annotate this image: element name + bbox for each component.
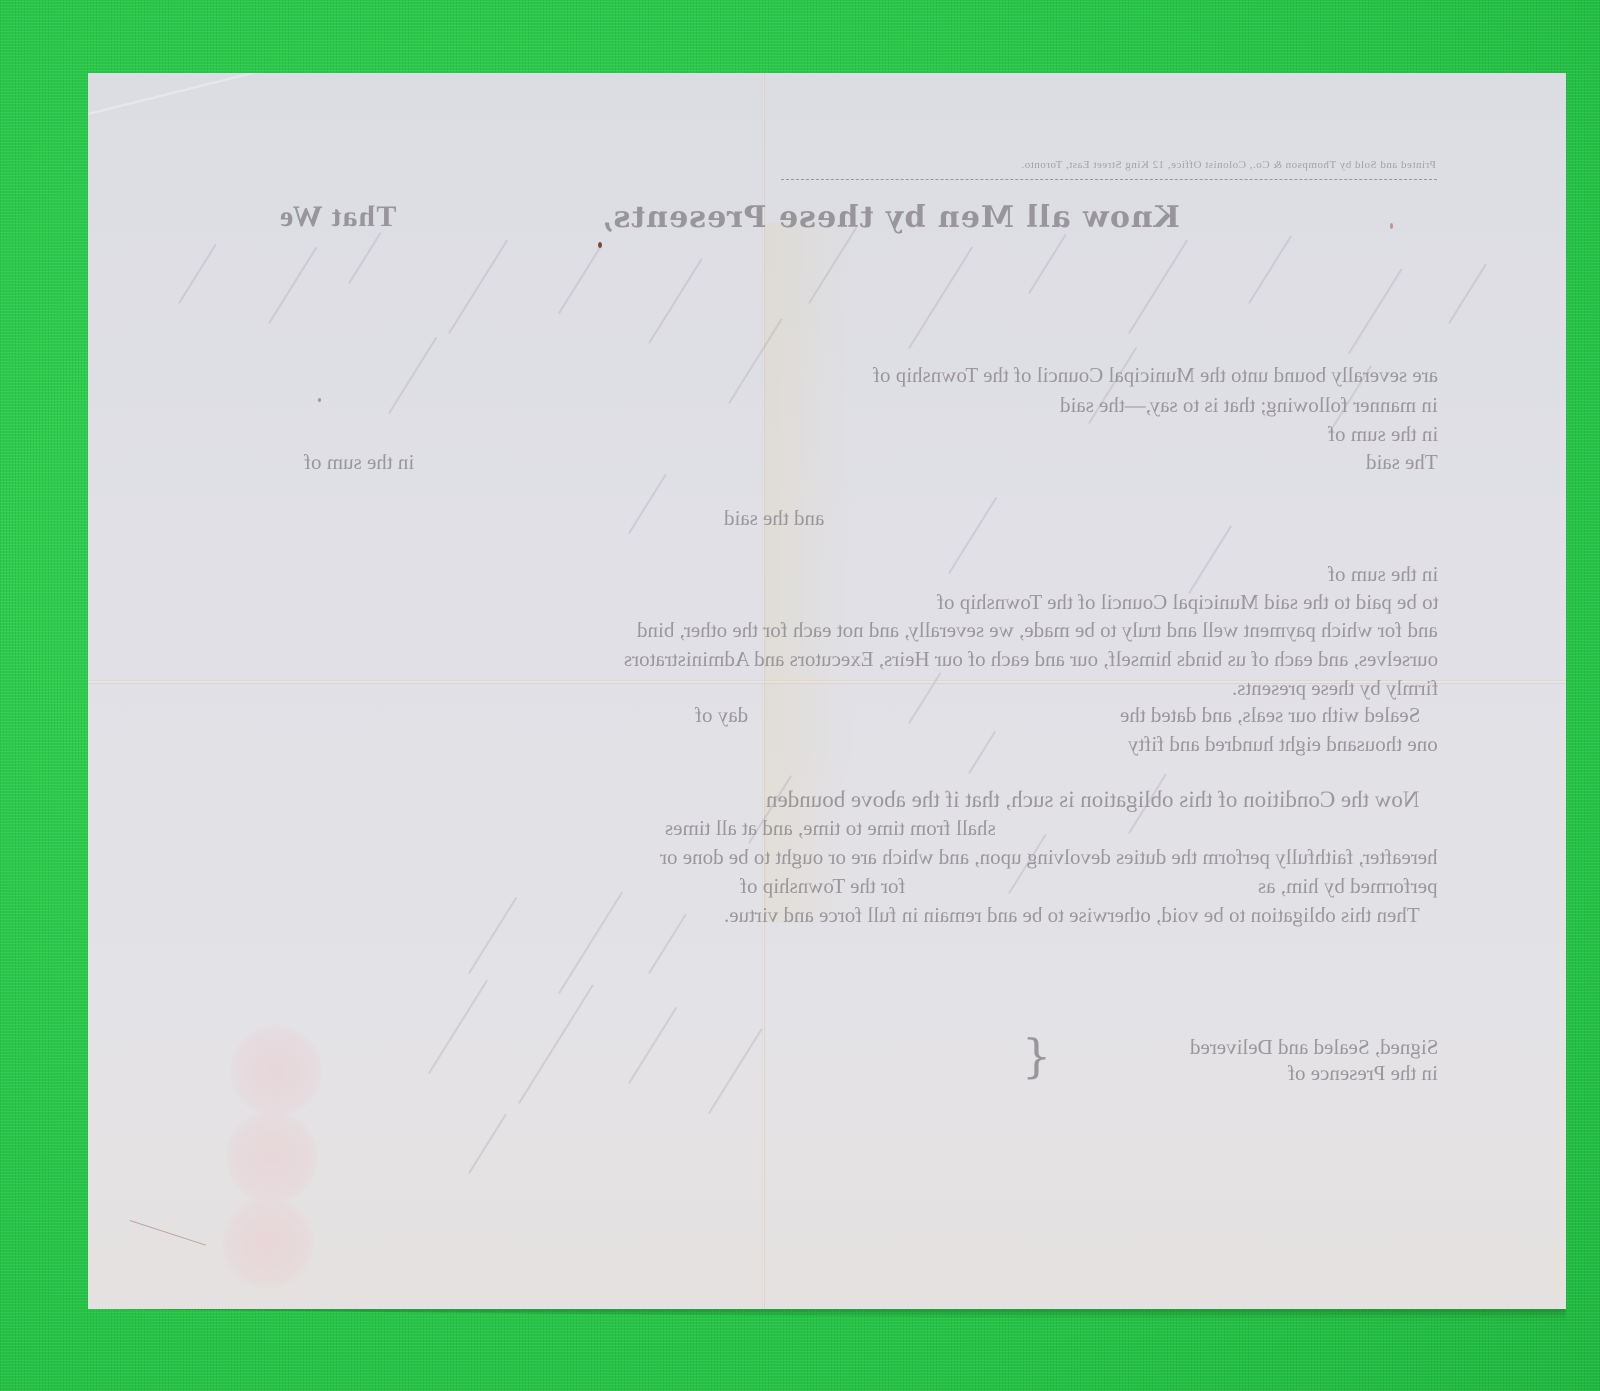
text-line: in the sum of [1328, 562, 1438, 587]
text-line: ourselves, and each of us binds himself,… [624, 647, 1438, 672]
text-line: shall from time to time, and at all time… [665, 816, 996, 841]
text-line: are severally bound unto the Municipal C… [873, 363, 1438, 388]
seal [222, 1197, 314, 1289]
text-line: hereafter, faithfully perform the duties… [660, 845, 1438, 870]
vertical-fold-line [762, 73, 765, 1309]
seal [226, 1111, 318, 1203]
text-line: day of [695, 703, 748, 728]
text-line: one thousand eight hundred and fifty [1128, 732, 1438, 757]
seal [230, 1025, 322, 1117]
edge-scratch [130, 1220, 206, 1246]
text-line: Sealed with our seals, and dated the [1120, 703, 1420, 728]
heading-tail: That We [279, 200, 396, 234]
ink-spot [1390, 223, 1393, 229]
text-line: The said [1366, 450, 1438, 475]
text-line: in manner following; that is to say,—the… [1060, 393, 1438, 418]
text-line: and for which payment well and truly to … [637, 618, 1438, 643]
text-line: in the sum of [304, 450, 414, 475]
condition-line: Now the Condition of this obligation is … [766, 787, 1420, 813]
witness-line-2: in the Presence of [1288, 1061, 1438, 1086]
witness-line-1: Signed, Sealed and Delivered [1190, 1035, 1438, 1060]
text-line: for the Township of [740, 874, 906, 899]
text-line: to be paid to the said Municipal Council… [937, 590, 1439, 615]
heading: Know all Men by these Presents, [601, 200, 1180, 235]
ink-spot [598, 242, 602, 248]
text-line: performed by him, as [1258, 874, 1438, 899]
ink-spot [318, 398, 321, 402]
text-line: Then this obligation to be void, otherwi… [724, 903, 1420, 928]
document-sheet: Printed and Sold by Thompson & Co., Colo… [88, 73, 1566, 1309]
paper-crease [88, 73, 768, 115]
text-line: firmly by these presents. [1232, 676, 1438, 701]
imprint-rule [781, 179, 1437, 180]
witness-bracket: { [1022, 1033, 1051, 1079]
text-line: in the sum of [1328, 422, 1438, 447]
printer-imprint: Printed and Sold by Thompson & Co., Colo… [1021, 159, 1436, 171]
text-line: and the said [724, 506, 824, 531]
